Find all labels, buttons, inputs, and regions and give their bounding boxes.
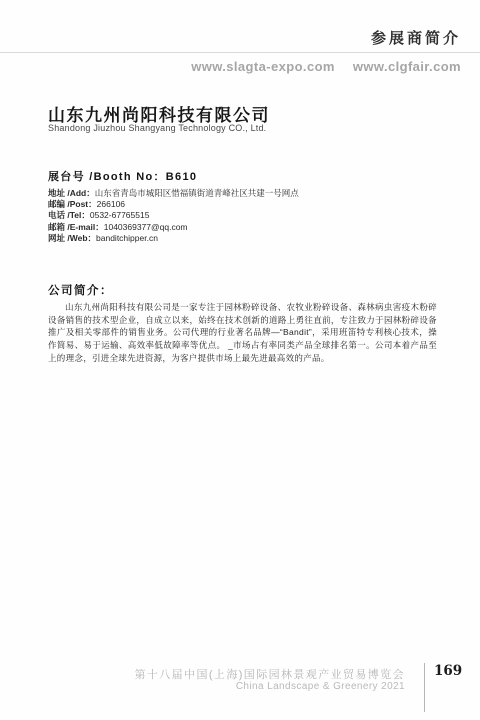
page-number: 169 <box>434 663 462 679</box>
contact-row-telephone: 电话 /Tel：0532-67765515 <box>48 210 299 221</box>
header-divider-rule <box>0 52 480 53</box>
booth-value: B610 <box>166 171 198 183</box>
contact-row-address: 地址 /Add：山东省青岛市城阳区惜福镇街道青峰社区共建一号网点 <box>48 188 299 199</box>
website-label: 网址 /Web： <box>48 233 96 243</box>
telephone-value: 0532-67765515 <box>90 210 150 220</box>
contact-block: 地址 /Add：山东省青岛市城阳区惜福镇街道青峰社区共建一号网点 邮编 /Pos… <box>48 188 299 244</box>
postcode-value: 266106 <box>97 199 125 209</box>
expo-url-2: www.clgfair.com <box>353 59 461 74</box>
booth-label: 展台号 /Booth No： <box>48 171 166 183</box>
telephone-label: 电话 /Tel： <box>48 210 90 220</box>
postcode-label: 邮编 /Post： <box>48 199 97 209</box>
company-name-en: Shandong Jiuzhou Shangyang Technology CO… <box>48 123 266 133</box>
footer-divider-line <box>424 663 425 712</box>
address-label: 地址 /Add： <box>48 188 95 198</box>
footer-expo-title-zh: 第十八届中国(上海)国际园林景观产业贸易博览会 <box>134 666 405 682</box>
contact-row-postcode: 邮编 /Post：266106 <box>48 199 299 210</box>
address-value: 山东省青岛市城阳区惜福镇街道青峰社区共建一号网点 <box>95 188 299 198</box>
footer-expo-title-en: China Landscape & Greenery 2021 <box>236 681 405 692</box>
booth-number-line: 展台号 /Booth No：B610 <box>48 168 197 184</box>
email-label: 邮箱 /E-mail： <box>48 222 104 232</box>
contact-row-website: 网址 /Web：banditchipper.cn <box>48 233 299 244</box>
catalog-page: 参展商简介 www.slagta-expo.com www.clgfair.co… <box>0 0 480 720</box>
header-urls: www.slagta-expo.com www.clgfair.com <box>191 59 461 74</box>
company-profile-text: 山东九州尚阳科技有限公司是一家专注于园林粉碎设备、农牧业粉碎设备、森林病虫害疫木… <box>48 301 437 365</box>
website-value: banditchipper.cn <box>96 233 158 243</box>
contact-row-email: 邮箱 /E-mail：1040369377@qq.com <box>48 222 299 233</box>
email-value: 1040369377@qq.com <box>104 222 188 232</box>
expo-url-1: www.slagta-expo.com <box>191 59 335 74</box>
section-title: 参展商简介 <box>371 27 461 48</box>
company-profile-heading: 公司简介： <box>48 282 113 298</box>
